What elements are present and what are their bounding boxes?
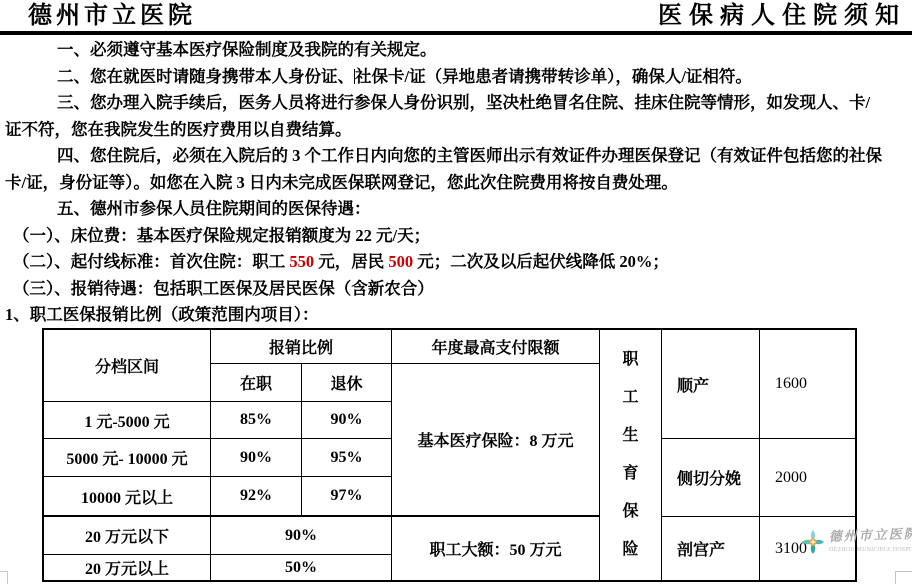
hospital-title: 德州市立医院	[28, 4, 196, 29]
cell-jiben-yiliao-baoxian-limit: 基本医疗保险：8 万元	[392, 364, 600, 517]
sub2-text-3: 元；二次及以后起伏线降低 20%；	[413, 252, 669, 271]
cell-rate-zaizhi-2: 90%	[211, 439, 302, 477]
cell-range-4: 20 万元以下	[44, 517, 211, 555]
page-corner-artifact-left	[0, 571, 8, 584]
reimbursement-table: 分档区间报销比例年度最高支付限额在职退休基本医疗保险：8 万元1 元-5000 …	[42, 328, 857, 582]
notice-body: 一、必须遵守基本医疗保险制度及我院的有关规定。 二、您在就医时请随身携带本人身份…	[0, 35, 912, 329]
cell-rate-4: 90%	[211, 517, 392, 555]
watermark-en-name: DEZHOU MUNICIPLE HOSPITAL	[829, 547, 912, 553]
page-corner-artifact-right	[895, 571, 912, 584]
cell-range-3: 10000 元以上	[44, 477, 211, 517]
cell-rate-zaizhi-3: 92%	[211, 477, 302, 517]
cell-rate-zaizhi-1: 85%	[211, 402, 302, 439]
document-page: { "header": { "title": "德州市立医院", "subtit…	[0, 0, 912, 584]
cell-ceqie-fenmian: 侧切分娩	[662, 439, 760, 517]
notice-sub-1: （一）、床位费：基本医疗保险规定报销额度为 22 元/天；	[5, 223, 885, 250]
notice-item-3: 三、您办理入院手续后，医务人员将进行参保人身份识别，坚决杜绝冒名住院、挂床住院等…	[5, 90, 885, 143]
header-zaizhi: 在职	[211, 364, 302, 402]
notice-item-4: 四、您住院后，必须在入院后的 3 个工作日内向您的主管医师出示有效证件办理医保登…	[5, 143, 885, 196]
cell-ceqie-amount: 2000	[760, 439, 855, 517]
header-baoxiao-bili: 报销比例	[211, 330, 392, 364]
sub2-text-1: （二）、起付线标准：首次住院：职工	[13, 252, 289, 271]
cell-zhigong-daetotal: 职工大额：50 万元	[392, 517, 600, 580]
sub2-text-2: 元，居民	[314, 252, 388, 271]
header-tuixiu: 退休	[302, 364, 392, 402]
cell-range-1: 1 元-5000 元	[44, 402, 211, 439]
watermark-text: 德州市立医院 DEZHOU MUNICIPLE HOSPITAL	[829, 526, 912, 553]
notice-item-1: 一、必须遵守基本医疗保险制度及我院的有关规定。	[5, 37, 885, 64]
notice-sub-3: （三）、报销待遇：包括职工医保及居民医保（含新农合）	[5, 276, 885, 303]
cell-rate-tuixiu-2: 95%	[302, 439, 392, 477]
cell-rate-5: 50%	[211, 555, 392, 580]
watermark-cn-name: 德州市立医院	[828, 523, 912, 545]
notice-title: 医保病人住院须知	[658, 4, 906, 29]
hospital-logo-icon	[801, 529, 825, 560]
cell-pougongchan: 剖宫产	[662, 517, 760, 580]
cell-range-2: 5000 元- 10000 元	[44, 439, 211, 477]
highlight-amount-500: 500	[388, 252, 413, 271]
section-1-heading: 1、职工医保报销比例（政策范围内项目）：	[5, 302, 885, 329]
cell-rate-tuixiu-3: 97%	[302, 477, 392, 517]
cell-zhigong-shengyu-baoxian: 职 工 生 育 保 险	[600, 330, 662, 580]
notice-item-5: 五、德州市参保人员住院期间的医保待遇：	[5, 196, 885, 223]
notice-sub-2: （二）、起付线标准：首次住院：职工 550 元，居民 500 元；二次及以后起伏…	[5, 249, 885, 276]
cell-shunchan-amount: 1600	[760, 330, 855, 439]
page-header: 德州市立医院 医保病人住院须知	[0, 0, 912, 31]
header-fendang-qujian: 分档区间	[44, 330, 211, 402]
notice-item-2: 二、您在就医时请随身携带本人身份证、社保卡/证（异地患者请携带转诊单），确保人/…	[5, 64, 885, 91]
notice-item-2-after: 社保卡/证（异地患者请携带转诊单），确保人/证相符。	[355, 67, 752, 86]
highlight-amount-550: 550	[289, 252, 314, 271]
hospital-watermark: 德州市立医院 DEZHOU MUNICIPLE HOSPITAL	[801, 526, 911, 560]
cell-range-5: 20 万元以上	[44, 555, 211, 580]
header-niandu-zuigao-zhifu-xiane: 年度最高支付限额	[392, 330, 600, 364]
notice-item-2-before: 二、您在就医时请随身携带本人身份证、	[57, 67, 354, 86]
cell-shunchan: 顺产	[662, 330, 760, 439]
cell-rate-tuixiu-1: 90%	[302, 402, 392, 439]
